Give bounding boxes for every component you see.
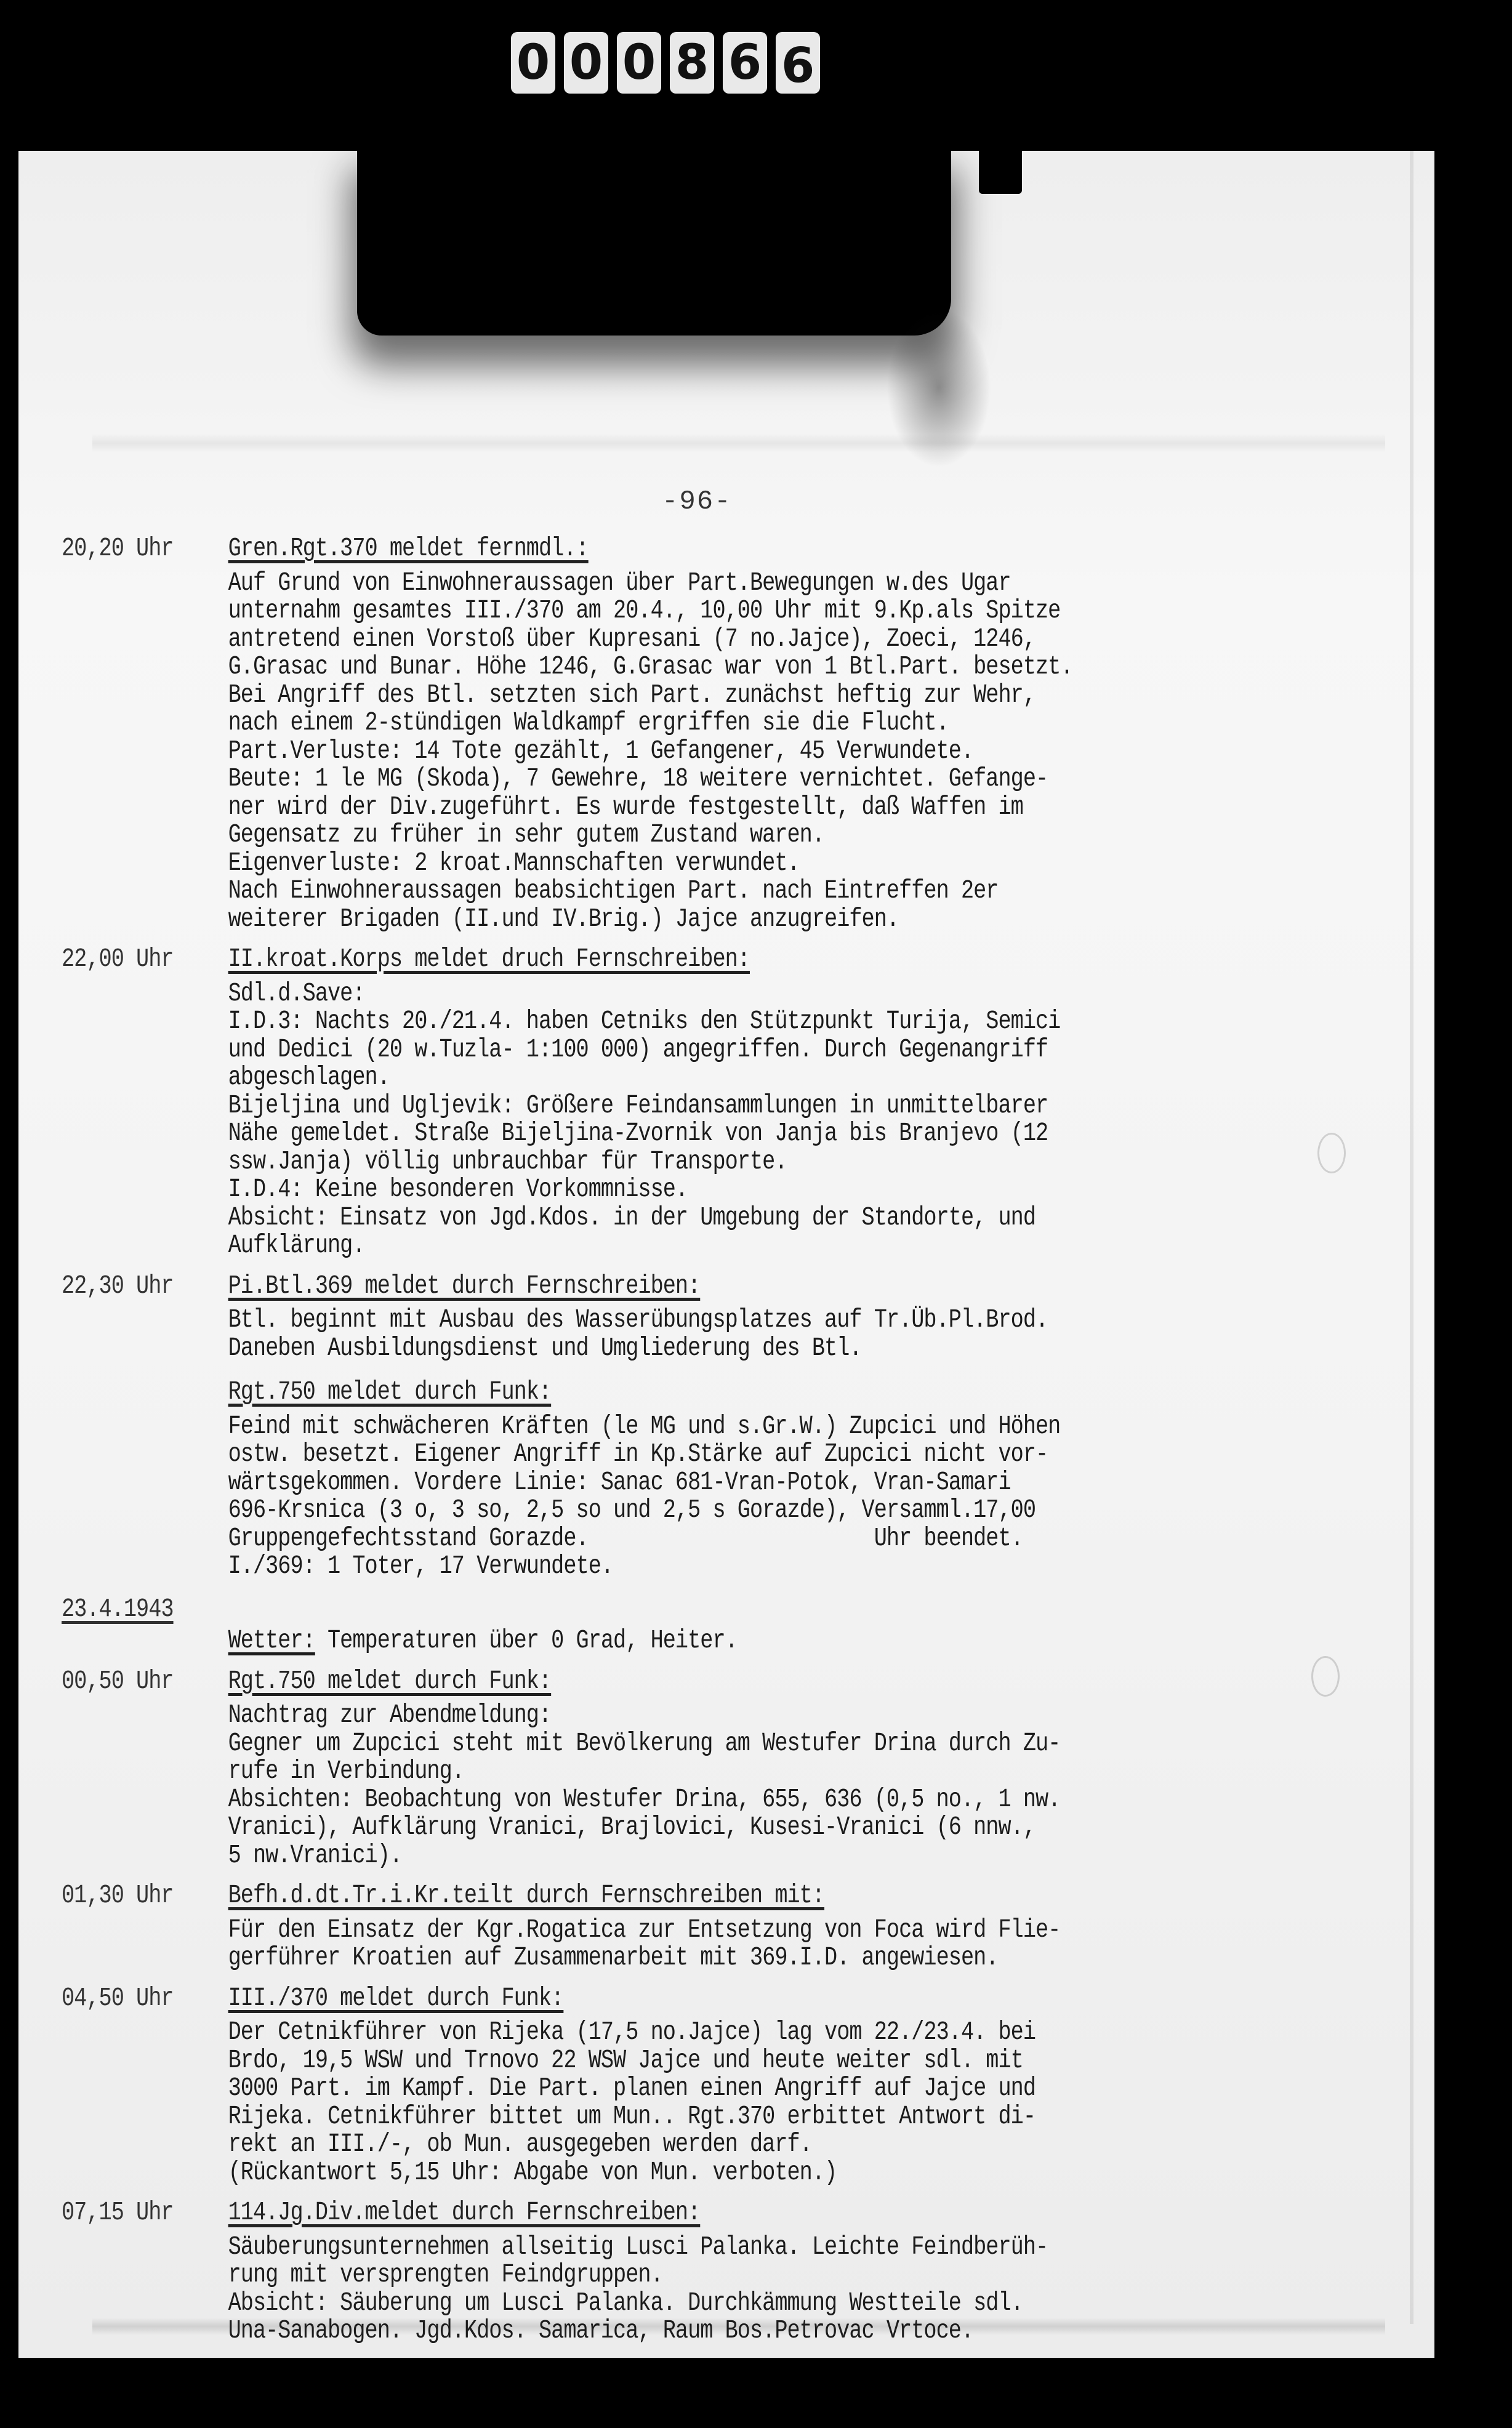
- entry-line: Gegner um Zupcici steht mit Bevölkerung …: [228, 1729, 1172, 1758]
- entry-line: Aufklärung.: [228, 1231, 1172, 1260]
- entry-line: 3000 Part. im Kampf. Die Part. planen ei…: [228, 2074, 1172, 2102]
- entry-line: abgeschlagen.: [228, 1063, 1172, 1091]
- entry-line: Rijeka. Cetnikführer bittet um Mun.. Rgt…: [228, 2102, 1172, 2131]
- diary-entry: 22,30 UhrPi.Btl.369 meldet durch Fernsch…: [62, 1272, 1172, 1580]
- entry-line: Beute: 1 le MG (Skoda), 7 Gewehre, 18 we…: [228, 765, 1172, 793]
- entry-heading: Pi.Btl.369 meldet durch Fernschreiben:: [228, 1272, 701, 1300]
- entry-time: 22,30 Uhr: [62, 1272, 228, 1580]
- microfilm-frame-number: 0 0 0 8 6 9: [511, 32, 820, 100]
- entry-line: Eigenverluste: 2 kroat.Mannschaften verw…: [228, 849, 1172, 877]
- binder-clip: [357, 151, 951, 336]
- entry-line: nach einem 2-stündigen Waldkampf ergriff…: [228, 709, 1172, 737]
- entry-time: 20,20 Uhr: [62, 534, 228, 933]
- entry-line: Absichten: Beobachtung von Westufer Drin…: [228, 1785, 1172, 1814]
- entry-line: G.Grasac und Bunar. Höhe 1246, G.Grasac …: [228, 653, 1172, 681]
- entry-line: Vranici), Aufklärung Vranici, Brajlovici…: [228, 1813, 1172, 1841]
- entry-line: Btl. beginnt mit Ausbau des Wasserübungs…: [228, 1306, 1172, 1334]
- entry-line: ssw.Janja) völlig unbrauchbar für Transp…: [228, 1148, 1172, 1176]
- entry-body: 114.Jg.Div.meldet durch Fernschreiben:Sä…: [228, 2198, 1172, 2345]
- entry-line: rung mit versprengten Feindgruppen.: [228, 2261, 1172, 2289]
- entry-line: Nähe gemeldet. Straße Bijeljina-Zvornik …: [228, 1119, 1172, 1148]
- entry-line: I./369: 1 Toter, 17 Verwundete.: [228, 1552, 1172, 1580]
- entry-line: Der Cetnikführer von Rijeka (17,5 no.Jaj…: [228, 2018, 1172, 2046]
- weather-text: Temperaturen über 0 Grad, Heiter.: [315, 1625, 738, 1655]
- weather-row: Wetter: Temperaturen über 0 Grad, Heiter…: [62, 1626, 1172, 1655]
- entry-line: wärtsgekommen. Vordere Linie: Sanac 681-…: [228, 1468, 1172, 1497]
- entry-line: Una-Sanabogen. Jgd.Kdos. Samarica, Raum …: [228, 2317, 1172, 2345]
- sub-entry-heading: Rgt.750 meldet durch Funk:: [228, 1378, 552, 1406]
- entry-line: 696-Krsnica (3 o, 3 so, 2,5 so und 2,5 s…: [228, 1496, 1172, 1524]
- entry-line: gerführer Kroatien auf Zusammenarbeit mi…: [228, 1944, 1172, 1972]
- entry-heading: 114.Jg.Div.meldet durch Fernschreiben:: [228, 2198, 701, 2227]
- diary-entry: 20,20 UhrGren.Rgt.370 meldet fernmdl.:Au…: [62, 534, 1172, 933]
- weather-label: Wetter:: [228, 1625, 315, 1655]
- frame-digit: 0: [564, 32, 608, 94]
- entry-time: 00,50 Uhr: [62, 1667, 228, 1870]
- entry-line: 5 nw.Vranici).: [228, 1841, 1172, 1870]
- diary-entry: 04,50 UhrIII./370 meldet durch Funk:Der …: [62, 1984, 1172, 2187]
- entry-heading: Gren.Rgt.370 meldet fernmdl.:: [228, 534, 589, 563]
- entry-line: (Rückantwort 5,15 Uhr: Abgabe von Mun. v…: [228, 2158, 1172, 2187]
- entry-line: rekt an III./-, ob Mun. ausgegeben werde…: [228, 2130, 1172, 2158]
- entry-line: Bei Angriff des Btl. setzten sich Part. …: [228, 681, 1172, 709]
- entry-line: Absicht: Einsatz von Jgd.Kdos. in der Um…: [228, 1204, 1172, 1232]
- entry-time: 07,15 Uhr: [62, 2198, 228, 2345]
- entry-line: Bijeljina und Ugljevik: Größere Feindans…: [228, 1091, 1172, 1120]
- entry-line: I.D.3: Nachts 20./21.4. haben Cetniks de…: [228, 1007, 1172, 1035]
- entry-line: Brdo, 19,5 WSW und Trnovo 22 WSW Jajce u…: [228, 2046, 1172, 2075]
- entry-line: I.D.4: Keine besonderen Vorkommnisse.: [228, 1175, 1172, 1204]
- entry-line: ostw. besetzt. Eigener Angriff in Kp.Stä…: [228, 1440, 1172, 1468]
- date-heading-row: 23.4.1943: [62, 1595, 1172, 1623]
- entry-body: Gren.Rgt.370 meldet fernmdl.:Auf Grund v…: [228, 534, 1172, 933]
- entry-heading: II.kroat.Korps meldet druch Fernschreibe…: [228, 945, 750, 973]
- entry-heading: Rgt.750 meldet durch Funk:: [228, 1667, 552, 1695]
- entry-line: weiterer Brigaden (II.und IV.Brig.) Jajc…: [228, 905, 1172, 933]
- entry-time: 01,30 Uhr: [62, 1881, 228, 1972]
- punch-hole-mark: [1317, 1133, 1346, 1173]
- frame-digit: 8: [670, 32, 714, 94]
- entry-line: Säuberungsunternehmen allseitig Lusci Pa…: [228, 2233, 1172, 2261]
- page-number: -96-: [662, 486, 732, 517]
- entry-line: Für den Einsatz der Kgr.Rogatica zur Ent…: [228, 1916, 1172, 1944]
- entry-line: Sdl.d.Save:: [228, 979, 1172, 1008]
- entry-body: III./370 meldet durch Funk:Der Cetnikfüh…: [228, 1984, 1172, 2187]
- entry-line: und Dedici (20 w.Tuzla- 1:100 000) angeg…: [228, 1035, 1172, 1064]
- sub-entry: Rgt.750 meldet durch Funk:Feind mit schw…: [228, 1378, 1172, 1580]
- entry-body: II.kroat.Korps meldet druch Fernschreibe…: [228, 945, 1172, 1260]
- entry-line: Gruppengefechtsstand Gorazde. Uhr beende…: [228, 1524, 1172, 1553]
- frame-digit: 6: [723, 32, 767, 94]
- diary-entry: 00,50 UhrRgt.750 meldet durch Funk:Nacht…: [62, 1667, 1172, 1870]
- frame-digit: 9: [776, 32, 820, 94]
- entry-line: Feind mit schwächeren Kräften (le MG und…: [228, 1412, 1172, 1441]
- binder-clip-tab: [979, 151, 1022, 194]
- entry-line: unternahm gesamtes III./370 am 20.4., 10…: [228, 597, 1172, 625]
- entry-body: Pi.Btl.369 meldet durch Fernschreiben:Bt…: [228, 1272, 1172, 1580]
- entry-line: Nachtrag zur Abendmeldung:: [228, 1701, 1172, 1729]
- date-heading: 23.4.1943: [62, 1594, 174, 1624]
- entry-body: Befh.d.dt.Tr.i.Kr.teilt durch Fernschrei…: [228, 1881, 1172, 1972]
- entry-line: Daneben Ausbildungsdienst und Umgliederu…: [228, 1334, 1172, 1362]
- entry-line: rufe in Verbindung.: [228, 1757, 1172, 1785]
- entry-line: Part.Verluste: 14 Tote gezählt, 1 Gefang…: [228, 737, 1172, 765]
- entry-time: 22,00 Uhr: [62, 945, 228, 1260]
- entry-time: 04,50 Uhr: [62, 1984, 228, 2187]
- frame-digit: 0: [511, 32, 555, 94]
- entry-body: Rgt.750 meldet durch Funk:Nachtrag zur A…: [228, 1667, 1172, 1870]
- entry-line: Gegensatz zu früher in sehr gutem Zustan…: [228, 821, 1172, 849]
- diary-entry: 07,15 Uhr114.Jg.Div.meldet durch Fernsch…: [62, 2198, 1172, 2345]
- war-diary-text: 20,20 UhrGren.Rgt.370 meldet fernmdl.:Au…: [62, 534, 1172, 2357]
- entry-line: Nach Einwohneraussagen beabsichtigen Par…: [228, 877, 1172, 905]
- entry-line: ner wird der Div.zugeführt. Es wurde fes…: [228, 793, 1172, 821]
- page-edge: [1410, 151, 1413, 2324]
- entry-line: antretend einen Vorstoß über Kupresani (…: [228, 625, 1172, 653]
- paper-fold-line: [92, 434, 1385, 452]
- diary-entry: 01,30 UhrBefh.d.dt.Tr.i.Kr.teilt durch F…: [62, 1881, 1172, 1972]
- punch-hole-mark: [1311, 1656, 1340, 1697]
- entry-heading: Befh.d.dt.Tr.i.Kr.teilt durch Fernschrei…: [228, 1881, 824, 1910]
- entry-heading: III./370 meldet durch Funk:: [228, 1984, 564, 2012]
- entry-line: Auf Grund von Einwohneraussagen über Par…: [228, 569, 1172, 597]
- entry-line: Absicht: Säuberung um Lusci Palanka. Dur…: [228, 2289, 1172, 2317]
- diary-entry: 22,00 UhrII.kroat.Korps meldet druch Fer…: [62, 945, 1172, 1260]
- frame-digit: 0: [617, 32, 661, 94]
